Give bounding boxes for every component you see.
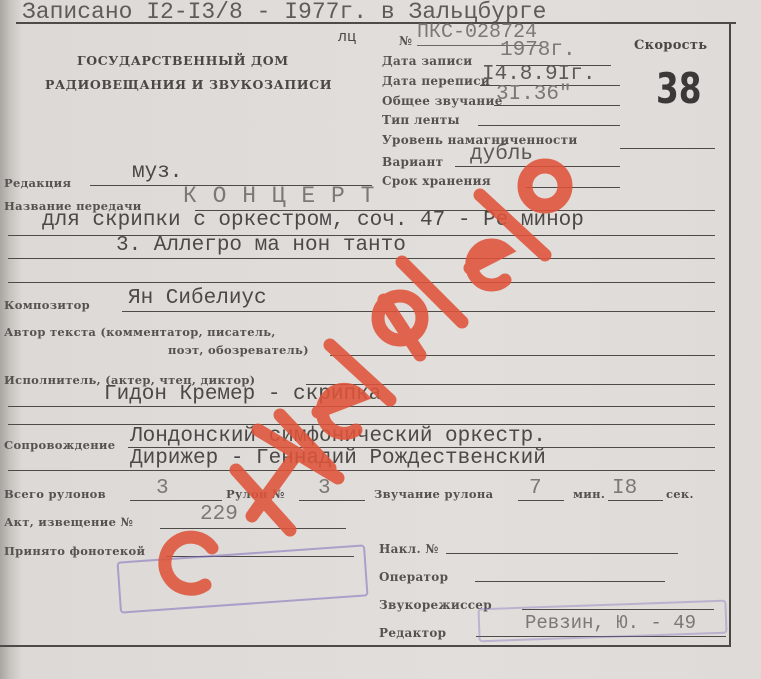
- tape-type-line: [478, 125, 620, 126]
- composer-label: Композитор: [4, 298, 90, 312]
- storage-line: [526, 187, 620, 188]
- accompaniment-line-2: Дирижер - Геннадий Рождественский: [130, 447, 546, 470]
- reel-number-value: 3: [318, 477, 331, 500]
- performer-line-2: [8, 406, 715, 407]
- lc-mark: лц: [338, 29, 356, 46]
- variant-value: дубль: [470, 143, 533, 166]
- total-duration-line: [494, 105, 620, 106]
- speed-label: Скорость: [634, 38, 707, 53]
- top-rule: [16, 22, 736, 24]
- text-author-label-1: Автор текста (комментатор, писатель,: [4, 325, 276, 339]
- seconds-label: сек.: [666, 487, 694, 501]
- act-line: [160, 528, 346, 529]
- text-author-line: [330, 355, 715, 356]
- operator-line: [475, 581, 665, 582]
- archive-card: Записано I2-I3/8 - I977г. в Зальцбурге л…: [0, 0, 761, 679]
- total-duration-label: Общее звучание: [382, 94, 503, 108]
- program-title-line-2: для скрипки с оркестром, соч. 47 - Ре ми…: [42, 209, 584, 232]
- program-title-value: К О Н Ц Е Р Т: [183, 183, 375, 209]
- sound-engineer-label: Звукорежиссер: [379, 598, 492, 612]
- variant-label: Вариант: [382, 155, 443, 169]
- operator-label: Оператор: [379, 570, 448, 584]
- editor-label: Редактор: [379, 626, 446, 640]
- invoice-line: [446, 553, 678, 554]
- org-line-1: ГОСУДАРСТВЕННЫЙ ДОМ: [77, 53, 289, 68]
- org-line-2: РАДИОВЕЩАНИЯ И ЗВУКОЗАПИСИ: [45, 77, 332, 92]
- minutes-label: мин.: [573, 487, 605, 501]
- composer-line: [122, 311, 715, 312]
- reel-seconds-line: [608, 500, 663, 501]
- program-line-4-rule: [8, 282, 715, 283]
- magnet-level-line: [620, 148, 715, 149]
- editorial-value: муз.: [132, 161, 182, 184]
- variant-line: [455, 166, 620, 167]
- reel-minutes-value: 7: [529, 477, 542, 500]
- act-value: 229: [200, 503, 238, 526]
- reel-duration-label: Звучание рулона: [374, 487, 493, 501]
- reel-number-line: [299, 500, 365, 501]
- reel-minutes-line: [518, 500, 564, 501]
- speed-value: 38: [656, 64, 702, 113]
- number-label: №: [399, 34, 412, 48]
- composer-value: Ян Сибелиус: [128, 287, 267, 310]
- right-frame-line: [729, 22, 731, 646]
- record-date-label: Дата записи: [382, 54, 472, 68]
- program-line-3-rule: [8, 258, 715, 259]
- rewrite-date-label: Дата переписи: [382, 74, 490, 88]
- act-label: Акт, извещение №: [4, 515, 133, 529]
- record-date-value: 1978г.: [500, 39, 576, 62]
- tape-type-label: Тип ленты: [382, 113, 460, 127]
- reel-number-label: Рулон №: [226, 487, 285, 501]
- total-reels-label: Всего рулонов: [4, 487, 106, 501]
- total-reels-value: 3: [156, 477, 169, 500]
- bottom-frame-line: [0, 645, 731, 647]
- accompaniment-rule-2: [8, 470, 715, 471]
- text-author-label-2: поэт, обозреватель): [168, 343, 309, 357]
- violet-stamp-fonoteka: [116, 544, 368, 613]
- accepted-label: Принято фонотекой: [4, 544, 145, 558]
- accompaniment-label: Сопровождение: [4, 438, 115, 452]
- storage-label: Срок хранения: [382, 174, 491, 188]
- total-reels-line: [130, 500, 222, 501]
- performer-value: Гидон Кремер - скрипка: [104, 383, 381, 406]
- invoice-label: Накл. №: [379, 542, 439, 556]
- program-title-line-3: 3. Аллегро ма нон танто: [116, 234, 406, 257]
- reel-seconds-value: I8: [612, 477, 637, 500]
- total-duration-value: 3I.36": [496, 83, 572, 106]
- accompaniment-line-1: Лондонский симфонический оркестр.: [130, 425, 546, 448]
- editorial-label: Редакция: [4, 176, 71, 190]
